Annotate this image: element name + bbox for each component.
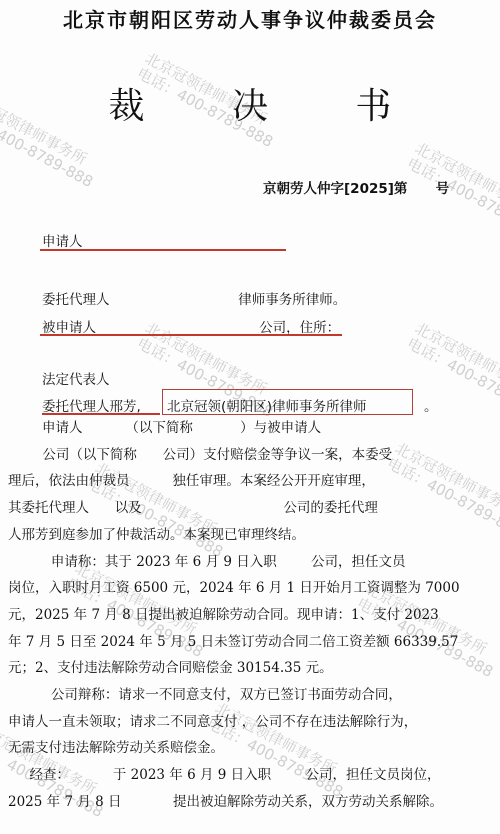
- body-line: 申请人 （以下简称 ）与被申请人: [8, 415, 496, 442]
- law-firm-highlight-box: [162, 389, 413, 415]
- respondent-agent-end: 。: [424, 395, 438, 415]
- body-line: 岗位，入职时月工资 6500 元，2024 年 6 月 1 日开始月工资调整为 …: [8, 575, 496, 602]
- body-line: 理后，依法由仲裁员 独任审理。本案经公开开庭审理，: [8, 468, 496, 495]
- applicant-label: 申请人: [42, 230, 83, 250]
- respondent-agent-name: 委托代理人邢芳,: [42, 395, 141, 415]
- body-line: 元；2、支付违法解除劳动合同赔偿金 30154.35 元。: [8, 655, 496, 682]
- organization-title: 北京市朝阳区劳动人事争议仲裁委员会: [0, 4, 500, 33]
- case-body: 申请人 （以下简称 ）与被申请人 公司（以下简称 公司）支付赔偿金等争议一案，本…: [8, 415, 496, 816]
- case-number: 京朝劳人仲字[2025]第 号: [263, 177, 449, 197]
- body-line: 经查： 于 2023 年 6 月 9 日入职 公司，担任文员岗位，: [8, 762, 496, 789]
- watermark: 北京冠领律师事务所电话：400-8789-888: [404, 320, 500, 421]
- body-line: 元，2025 年 7 月 8 日提出被迫解除劳动合同。现申请：1、支付 2023: [8, 602, 496, 629]
- arbitration-award-document: 北京冠领律师事务所电话：400-8789-888 北京冠领律师事务所电话：400…: [0, 0, 500, 834]
- body-line: 其委托代理人 以及 公司的委托代理: [8, 495, 496, 522]
- body-line: 申请称：其于 2023 年 6 月 9 日入职 公司，担任文员: [8, 549, 496, 576]
- body-line: 无需支付违法解除劳动关系赔偿金。: [8, 735, 496, 762]
- applicant-underline: [40, 249, 286, 251]
- respondent-underline: [40, 334, 342, 336]
- body-line: 年 7 月 5 日至 2024 年 5 月 5 日未签订劳动合同二倍工资差额 6…: [8, 629, 496, 656]
- legal-representative: 法定代表人: [42, 368, 110, 388]
- body-line: 人邢芳到庭参加了仲裁活动。本案现已审理终结。: [8, 522, 496, 549]
- body-line: 2025 年 7 月 8 日 提出被迫解除劳动关系，双方劳动关系解除。: [8, 789, 496, 816]
- body-line: 公司（以下简称 公司）支付赔偿金等争议一案，本委受: [8, 442, 496, 469]
- body-line: 公司辩称：请求一不同意支付，双方已签订书面劳动合同，: [8, 682, 496, 709]
- applicant-agent: 委托代理人 律师事务所律师。: [42, 288, 346, 308]
- respondent: 被申请人 公司，住所：: [42, 316, 340, 336]
- body-line: 申请人一直未领取；请求二不同意支付 ，公司不存在违法解除行为，: [8, 709, 496, 736]
- document-title: 裁 决 书: [0, 78, 500, 129]
